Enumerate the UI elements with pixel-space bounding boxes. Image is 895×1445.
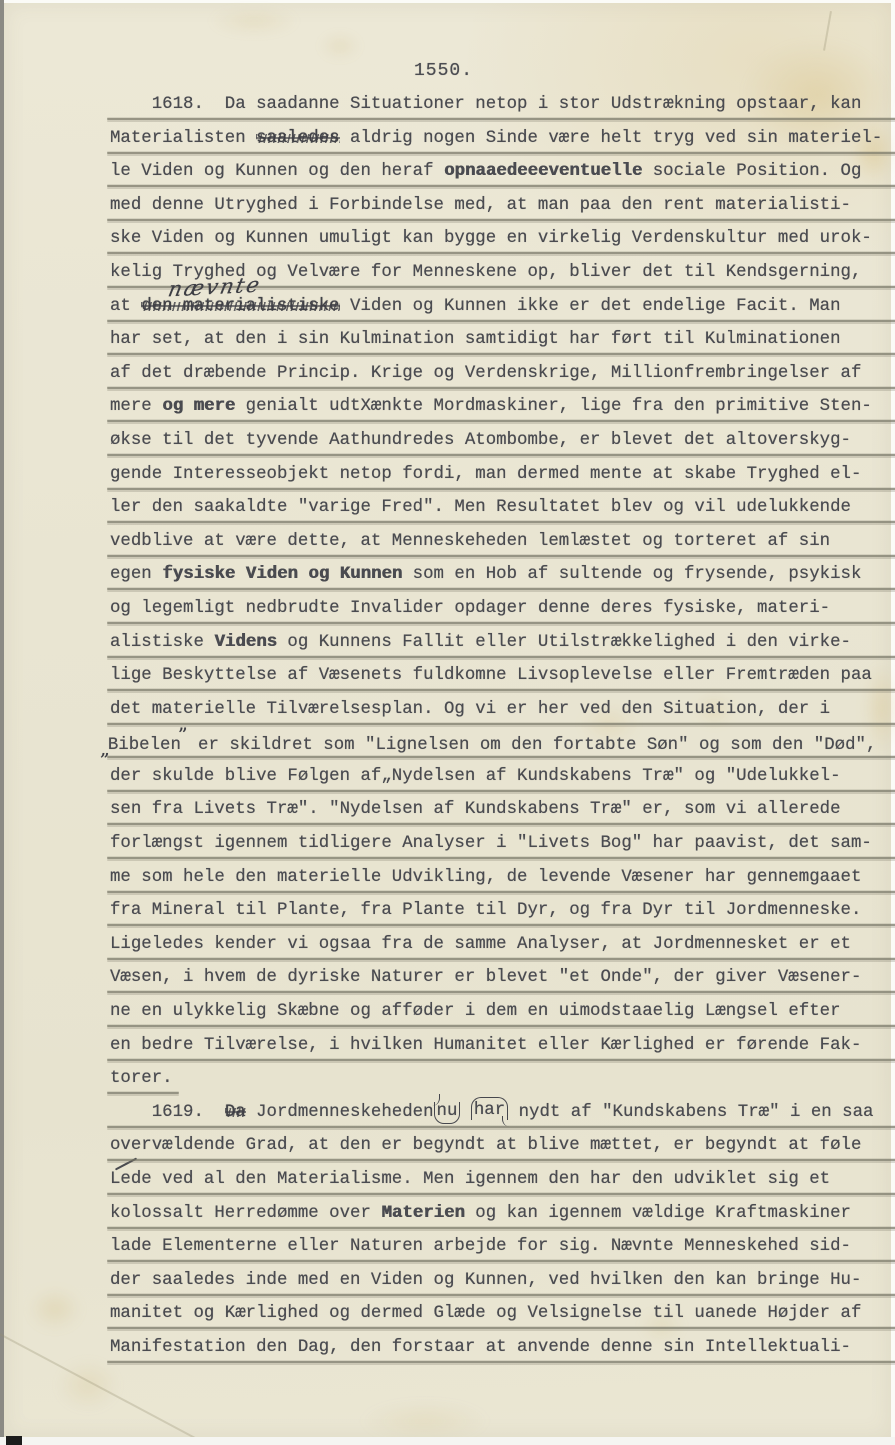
typed-segment-bold: og mere (162, 397, 235, 416)
typed-line-text: „Bibelen” er skildret som "Lignelsen om … (110, 732, 876, 757)
typed-underline (107, 1092, 179, 1094)
typed-line-text: at den materialistiskenævnte Viden og Ku… (110, 296, 841, 318)
typed-line-text: ske Viden og Kunnen umuligt kan bygge en… (110, 228, 872, 250)
typed-underline (107, 790, 895, 792)
typed-line-text: lade Elementerne eller Naturen arbejde f… (110, 1236, 851, 1258)
typed-segment: og Kunnens Fallit eller Utilstrækkelighe… (277, 633, 851, 652)
typed-underline (107, 891, 895, 893)
typed-line-text: forlængst igennem tidligere Analyser i "… (110, 833, 872, 855)
typed-line: alistiske Videns og Kunnens Fallit eller… (110, 632, 884, 666)
typed-line: at den materialistiskenævnte Viden og Ku… (110, 296, 884, 330)
typed-line-text: Manifestation den Dag, den forstaar at a… (110, 1337, 851, 1359)
typed-line-text: ne en ulykkelig Skæbne og afføder i dem … (110, 1001, 841, 1023)
typed-line-text: kolossalt Herredømme over Materien og ka… (110, 1203, 851, 1225)
typed-segment-hw-high: ” (178, 724, 188, 746)
typed-segment: der skulde blive Følgen af„Nydelsen af K… (110, 767, 841, 786)
typed-line: der saaledes inde med en Viden og Kunnen… (110, 1270, 884, 1304)
typed-segment: Jordmenneskeheden (246, 1103, 434, 1122)
typed-line-text: Materialisten saaledes aldrig nogen Sind… (110, 128, 882, 150)
typed-underline (107, 656, 895, 658)
typed-segment: torer. (110, 1069, 173, 1088)
typed-segment: vedblive at være dette, at Menneskeheden… (110, 532, 830, 551)
typed-segment: le Viden og Kunnen og den heraf (110, 162, 444, 181)
typed-line-text: Lede ved al den Materialisme. Men igenne… (110, 1169, 830, 1191)
typed-underline (107, 320, 895, 322)
correction-wrap: den materialistiskenævnte (141, 297, 339, 316)
typed-line-text: 1618. Da saadanne Situationer netop i st… (110, 94, 861, 116)
typed-underline (107, 991, 895, 993)
typed-line-text: der saaledes inde med en Viden og Kunnen… (110, 1270, 861, 1292)
typed-segment: aldrig nogen Sinde være helt tryg ved si… (340, 129, 883, 148)
typed-segment-bold: opnaaedeeeventuelle (444, 162, 642, 181)
typed-line: overvældende Grad, at den er begyndt at … (110, 1135, 884, 1169)
typed-line: af det dræbende Princip. Krige og Verden… (110, 363, 884, 397)
typed-underline (107, 689, 895, 691)
typed-line-text: mere og mere genialt udtXænkte Mordmaski… (110, 396, 872, 418)
typed-line-text: der skulde blive Følgen af„Nydelsen af K… (110, 766, 841, 788)
typed-line-text: Væsen, i hvem de dyriske Naturer er blev… (110, 967, 861, 989)
typed-underline (107, 1227, 895, 1229)
typed-line-text: og legemligt nedbrudte Invalider opdager… (110, 598, 830, 620)
paper-stain (28, 1287, 82, 1331)
typed-line: ske Viden og Kunnen umuligt kan bygge en… (110, 228, 884, 262)
typed-underline (107, 723, 895, 725)
typed-line-text: manitet og Kærlighed og dermed Glæde og … (110, 1303, 861, 1325)
typed-underline (107, 555, 895, 557)
typed-line: Lede ved al den Materialisme. Men igenne… (110, 1169, 884, 1203)
typed-segment: det materielle Tilværelsesplan. Og vi er… (110, 700, 830, 719)
typed-segment: ler den saakaldte "varige Fred". Men Res… (110, 498, 851, 517)
typed-line-text: overvældende Grad, at den er begyndt at … (110, 1135, 861, 1157)
typed-line: en bedre Tilværelse, i hvilken Humanitet… (110, 1035, 884, 1069)
typed-line: lige Beskyttelse af Væsenets fuldkomne L… (110, 665, 884, 699)
typed-segment: Viden og Kunnen ikke er det endelige Fac… (340, 297, 841, 316)
typed-segment: manitet og Kærlighed og dermed Glæde og … (110, 1304, 861, 1323)
typed-segment: økse til det tyvende Aathundredes Atombo… (110, 431, 851, 450)
typed-line: Materialisten saaledes aldrig nogen Sind… (110, 128, 884, 162)
typed-line-text: egen fysiske Viden og Kunnen som en Hob … (110, 564, 861, 586)
typed-segment-swap-under: nu (434, 1102, 461, 1124)
typed-segment: gende Interesseobjekt netop fordi, man d… (110, 465, 861, 484)
typed-line: 1618. Da saadanne Situationer netop i st… (110, 94, 884, 128)
typed-underline (107, 857, 895, 859)
typed-segment: nydt af "Kundskabens Træ" i en saa (508, 1103, 873, 1122)
typed-underline (107, 622, 895, 624)
typed-segment: en bedre Tilværelse, i hvilken Humanitet… (110, 1036, 861, 1055)
typed-underline (107, 1361, 895, 1363)
typed-segment-swap-over: har (471, 1097, 508, 1120)
typed-segment: mere (110, 397, 162, 416)
typed-underline (107, 1126, 895, 1128)
typed-underline (107, 1260, 895, 1262)
typed-segment: Væsen, i hvem de dyriske Naturer er blev… (110, 968, 861, 987)
typed-line: med denne Utryghed i Forbindelse med, at… (110, 195, 884, 229)
typed-segment-obliterated: Da (225, 1103, 246, 1122)
typed-underline (107, 1159, 895, 1161)
typed-line: lade Elementerne eller Naturen arbejde f… (110, 1236, 884, 1270)
typed-segment: lige Beskyttelse af Væsenets fuldkomne L… (110, 666, 872, 685)
typed-line: vedblive at være dette, at Menneskeheden… (110, 531, 884, 565)
handwritten-correction: nævnte (167, 274, 264, 299)
typed-underline (107, 823, 895, 825)
typed-segment (460, 1103, 470, 1122)
typed-segment: 1619. (110, 1103, 225, 1122)
typed-line-text: en bedre Tilværelse, i hvilken Humanitet… (110, 1035, 861, 1057)
paper-stain (209, 7, 299, 35)
typed-line-text: Ligeledes kender vi ogsaa fra de samme A… (110, 934, 851, 956)
typed-underline (107, 924, 895, 926)
typed-segment: Lede ved al den Materialisme. Men igenne… (110, 1170, 830, 1189)
fold-crease-top-right (823, 11, 832, 51)
typed-segment: fra Mineral til Plante, fra Plante til D… (110, 901, 861, 920)
paper-sheet: 1550. 1618. Da saadanne Situationer neto… (4, 3, 891, 1438)
typed-segment: Ligeledes kender vi ogsaa fra de samme A… (110, 935, 851, 954)
paper-stain (360, 1401, 490, 1441)
typed-line: manitet og Kærlighed og dermed Glæde og … (110, 1303, 884, 1337)
paper-stain (320, 33, 360, 59)
typed-line-text: sen fra Livets Træ". "Nydelsen af Kundsk… (110, 799, 841, 821)
typed-underline (107, 1059, 895, 1061)
typed-line-text: af det dræbende Princip. Krige og Verden… (110, 363, 861, 385)
typed-line-text: gende Interesseobjekt netop fordi, man d… (110, 464, 861, 486)
typed-underline (107, 1294, 895, 1296)
typed-line-text: alistiske Videns og Kunnens Fallit eller… (110, 632, 851, 654)
typed-segment: sociale Position. Og (642, 162, 861, 181)
typed-segment: ske Viden og Kunnen umuligt kan bygge en… (110, 229, 872, 248)
typed-underline (107, 588, 895, 590)
typed-line-text: økse til det tyvende Aathundredes Atombo… (110, 430, 851, 452)
typed-line-text: lige Beskyttelse af Væsenets fuldkomne L… (110, 665, 872, 687)
typed-segment-bold: fysiske Viden og Kunnen (162, 565, 402, 584)
typed-line: sen fra Livets Træ". "Nydelsen af Kundsk… (110, 799, 884, 833)
typed-line: „Bibelen” er skildret som "Lignelsen om … (110, 732, 884, 766)
typed-line-text: det materielle Tilværelsesplan. Og vi er… (110, 699, 830, 721)
typed-line: ler den saakaldte "varige Fred". Men Res… (110, 497, 884, 531)
typed-line: egen fysiske Viden og Kunnen som en Hob … (110, 564, 884, 598)
typed-line-text: ler den saakaldte "varige Fred". Men Res… (110, 497, 851, 519)
typed-line: ne en ulykkelig Skæbne og afføder i dem … (110, 1001, 884, 1035)
typed-underline (107, 420, 895, 422)
typed-line: 1619. Da Jordmenneskehedennu har nydt af… (110, 1102, 884, 1136)
typed-underline (107, 185, 895, 187)
typed-underline (107, 756, 895, 758)
typed-underline (107, 219, 895, 221)
typed-segment: som en Hob af sultende og frysende, psyk… (402, 565, 861, 584)
typed-line-text: le Viden og Kunnen og den heraf opnaaede… (110, 161, 861, 183)
typed-underline (107, 152, 895, 154)
typed-underline (107, 488, 895, 490)
typed-line: økse til det tyvende Aathundredes Atombo… (110, 430, 884, 464)
typed-segment: overvældende Grad, at den er begyndt at … (110, 1136, 861, 1155)
typed-underline (107, 387, 895, 389)
typed-segment: alistiske (110, 633, 214, 652)
typed-segment: lade Elementerne eller Naturen arbejde f… (110, 1237, 851, 1256)
typed-segment: at (110, 297, 141, 316)
typed-line-text: har set, at den i sin Kulmination samtid… (110, 329, 841, 351)
typed-underline (107, 353, 895, 355)
typed-line: har set, at den i sin Kulmination samtid… (110, 329, 884, 363)
typed-underline (107, 1193, 895, 1195)
typed-line: Væsen, i hvem de dyriske Naturer er blev… (110, 967, 884, 1001)
typed-line-text: fra Mineral til Plante, fra Plante til D… (110, 900, 861, 922)
typed-segment: me som hele den materielle Udvikling, de… (110, 868, 861, 887)
typed-line-text: 1619. Da Jordmenneskehedennu har nydt af… (110, 1102, 873, 1124)
typed-line-text: med denne Utryghed i Forbindelse med, at… (110, 195, 851, 217)
typed-underline (107, 454, 895, 456)
typed-segment: er skildret som "Lignelsen om den fortab… (188, 736, 877, 755)
typed-line-text: torer. (110, 1068, 173, 1090)
typed-segment: kolossalt Herredømme over (110, 1204, 381, 1223)
typed-line: forlængst igennem tidligere Analyser i "… (110, 833, 884, 867)
typed-segment: og kan igennem vældige Kraftmaskiner (465, 1204, 851, 1223)
typed-lines: 1618. Da saadanne Situationer netop i st… (110, 94, 884, 1371)
typed-segment: ne en ulykkelig Skæbne og afføder i dem … (110, 1002, 841, 1021)
typed-segment: Manifestation den Dag, den forstaar at a… (110, 1338, 851, 1357)
typed-line-text: me som hele den materielle Udvikling, de… (110, 867, 861, 889)
typed-underline (107, 1025, 895, 1027)
typed-segment: genialt udtXænkte Mordmaskiner, lige fra… (235, 397, 872, 416)
typed-segment: egen (110, 565, 162, 584)
typed-segment-bold: Materien (381, 1204, 465, 1223)
typed-line: der skulde blive Følgen af„Nydelsen af K… (110, 766, 884, 800)
typed-segment: Bibelen (108, 736, 181, 755)
typed-line: det materielle Tilværelsesplan. Og vi er… (110, 699, 884, 733)
typed-segment: forlængst igennem tidligere Analyser i "… (110, 834, 872, 853)
typed-segment: Materialisten (110, 129, 256, 148)
typed-line: og legemligt nedbrudte Invalider opdager… (110, 598, 884, 632)
scan-edge-bottom (0, 1437, 895, 1445)
typed-line: le Viden og Kunnen og den heraf opnaaede… (110, 161, 884, 195)
page-number: 1550. (414, 61, 473, 81)
typed-segment: der saaledes inde med en Viden og Kunnen… (110, 1271, 861, 1290)
typed-segment: af det dræbende Princip. Krige og Verden… (110, 364, 861, 383)
typed-line: Manifestation den Dag, den forstaar at a… (110, 1337, 884, 1371)
typed-segment-bold: Videns (214, 633, 277, 652)
typed-underline (107, 1327, 895, 1329)
typed-line: gende Interesseobjekt netop fordi, man d… (110, 464, 884, 498)
typed-segment: 1618. Da saadanne Situationer netop i st… (110, 95, 861, 114)
scan-corner-mark (6, 1436, 22, 1445)
typed-segment: med denne Utryghed i Forbindelse med, at… (110, 196, 851, 215)
typed-segment-obliterated: saaledes (256, 129, 340, 148)
typed-underline (107, 958, 895, 960)
typed-line: fra Mineral til Plante, fra Plante til D… (110, 900, 884, 934)
typed-segment: sen fra Livets Træ". "Nydelsen af Kundsk… (110, 800, 841, 819)
typed-segment: og legemligt nedbrudte Invalider opdager… (110, 599, 830, 618)
typed-line: Ligeledes kender vi ogsaa fra de samme A… (110, 934, 884, 968)
typed-segment: har set, at den i sin Kulmination samtid… (110, 330, 841, 349)
typed-line: mere og mere genialt udtXænkte Mordmaski… (110, 396, 884, 430)
typed-line: kolossalt Herredømme over Materien og ka… (110, 1203, 884, 1237)
typed-underline (107, 118, 895, 120)
typed-line-text: vedblive at være dette, at Menneskeheden… (110, 531, 830, 553)
typed-underline (107, 252, 895, 254)
typed-line: me som hele den materielle Udvikling, de… (110, 867, 884, 901)
typed-underline (107, 521, 895, 523)
scanned-manuscript-page: 1550. 1618. Da saadanne Situationer neto… (0, 0, 895, 1445)
